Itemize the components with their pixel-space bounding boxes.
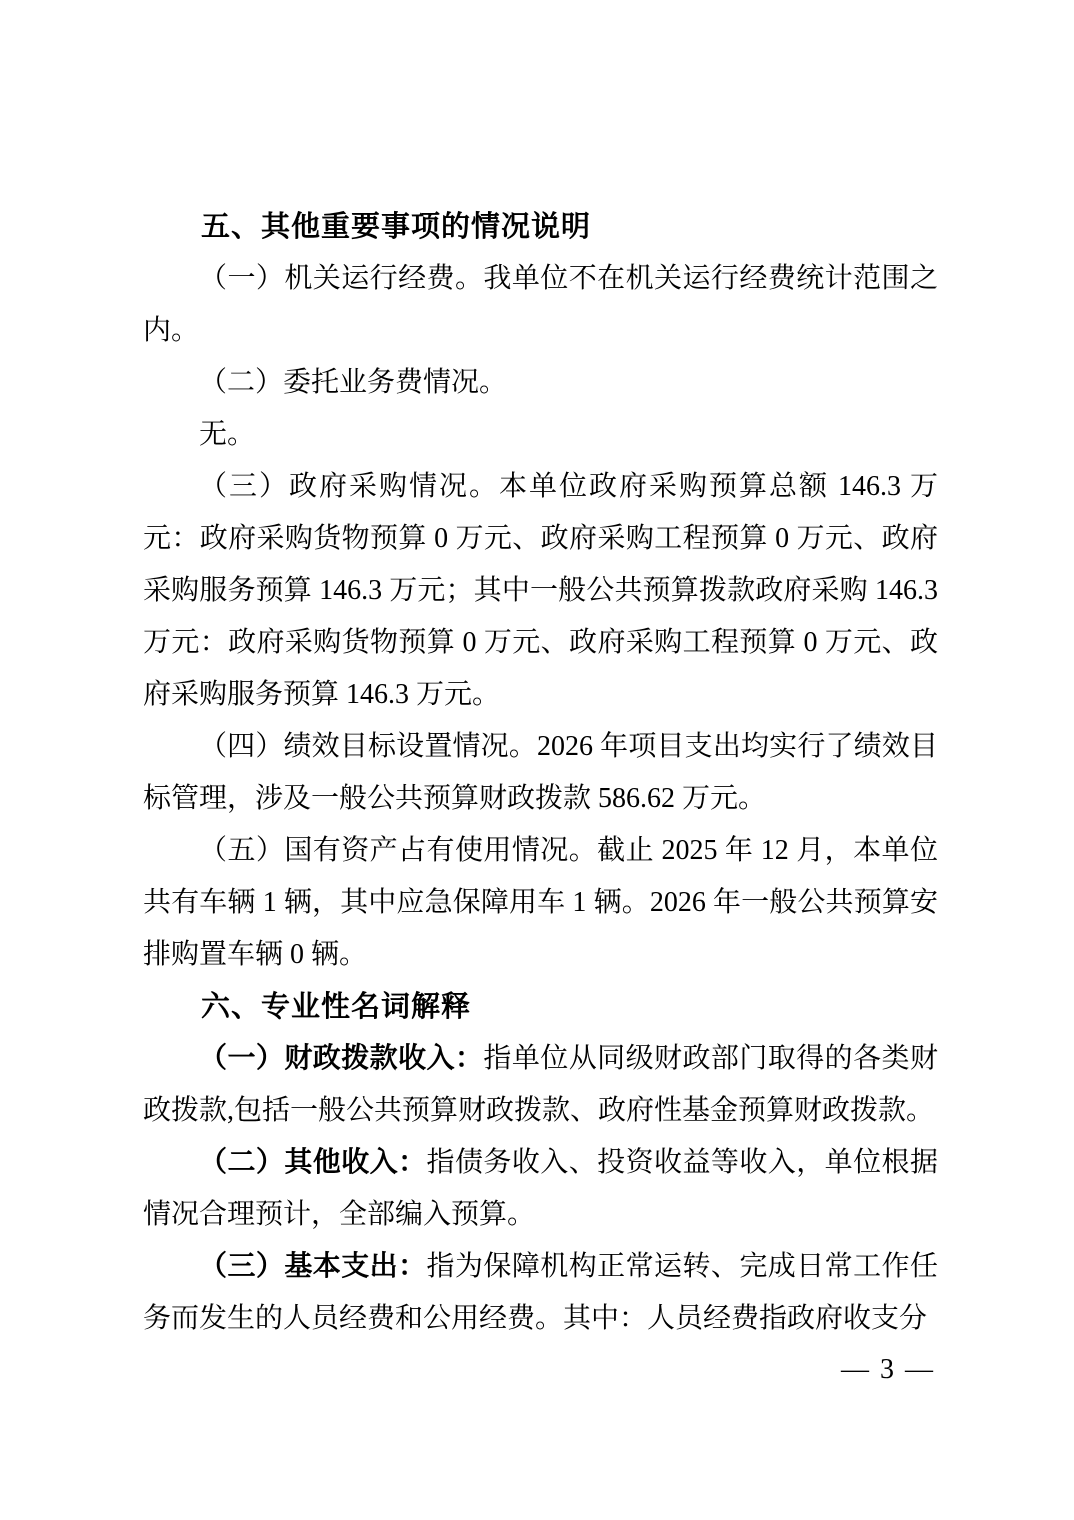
paragraph-5-3: （三）政府采购情况。本单位政府采购预算总额 146.3 万元：政府采购货物预算 … (143, 461, 938, 721)
paragraph-5-5: （五）国有资产占有使用情况。截止 2025 年 12 月，本单位共有车辆 1 辆… (143, 825, 938, 981)
paragraph-lead: （一）财政拨款收入： (199, 1043, 483, 1074)
paragraph-5-1: （一）机关运行经费。我单位不在机关运行经费统计范围之内。 (143, 253, 938, 357)
paragraph-6-1: （一）财政拨款收入：指单位从同级财政部门取得的各类财政拨款,包括一般公共预算财政… (143, 1033, 938, 1137)
section-heading-6: 六、专业性名词解释 (143, 981, 938, 1033)
paragraph-lead: （三）政府采购情况。 (199, 471, 499, 502)
paragraph-6-2: （二）其他收入：指债务收入、投资收益等收入，单位根据情况合理预计，全部编入预算。 (143, 1137, 938, 1241)
paragraph-lead: （四）绩效目标设置情况。 (199, 731, 537, 762)
section-heading-5: 五、其他重要事项的情况说明 (143, 201, 938, 253)
paragraph-5-4: （四）绩效目标设置情况。2026 年项目支出均实行了绩效目标管理，涉及一般公共预… (143, 721, 938, 825)
paragraph-6-3: （三）基本支出：指为保障机构正常运转、完成日常工作任务而发生的人员经费和公用经费… (143, 1241, 938, 1345)
paragraph-lead: （一）机关运行经费。 (199, 263, 483, 294)
paragraph-5-2-answer: 无。 (143, 409, 938, 461)
paragraph-5-2: （二）委托业务费情况。 (143, 357, 938, 409)
paragraph-lead: （二）委托业务费情况。 (199, 367, 507, 398)
paragraph-lead: （二）其他收入： (199, 1147, 427, 1178)
page-number: — 3 — (841, 1350, 935, 1390)
document-content: 五、其他重要事项的情况说明 （一）机关运行经费。我单位不在机关运行经费统计范围之… (143, 201, 938, 1345)
paragraph-lead: （五）国有资产占有使用情况。 (199, 835, 597, 866)
paragraph-text: 无。 (199, 419, 255, 450)
paragraph-lead: （三）基本支出： (199, 1251, 427, 1282)
document-page: 五、其他重要事项的情况说明 （一）机关运行经费。我单位不在机关运行经费统计范围之… (0, 0, 1074, 1520)
paragraph-text: 本单位政府采购预算总额 146.3 万元：政府采购货物预算 0 万元、政府采购工… (143, 471, 938, 710)
